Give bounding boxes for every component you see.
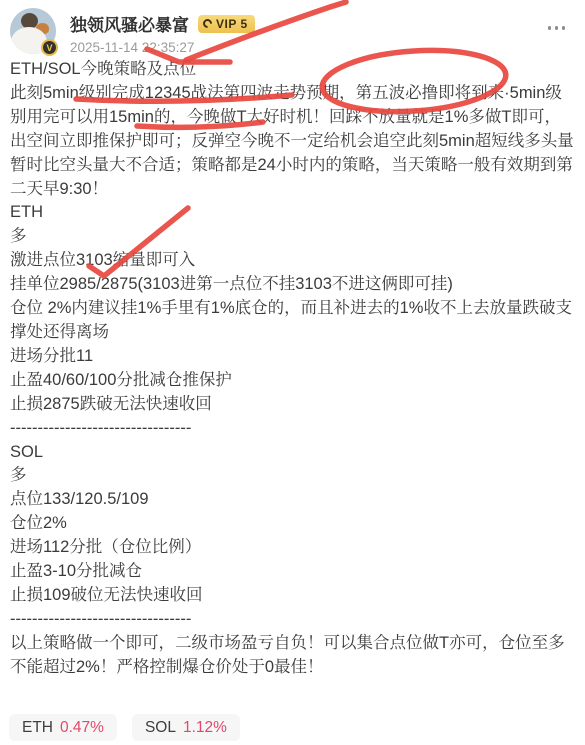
post-line: 进场分批11 <box>10 345 576 369</box>
vip-badge[interactable]: VIP 5 <box>198 15 255 33</box>
username[interactable]: 独领风骚必暴富 <box>70 11 189 36</box>
post-line: 点位133/120.5/109 <box>10 488 576 512</box>
post-line: 仓位2% <box>10 512 576 536</box>
post-line: 止盈3-10分批减仓 <box>10 560 576 584</box>
tag-change: 0.47% <box>60 719 104 737</box>
more-icon <box>562 26 566 30</box>
tag-eth[interactable]: ETH 0.47% <box>9 714 117 741</box>
post-line: 挂单位2985/2875(3103进第一点位不挂3103不进这俩即可挂) <box>10 273 576 297</box>
tag-change: 1.12% <box>183 719 227 737</box>
more-icon <box>555 26 559 30</box>
post-line: 多 <box>10 225 576 249</box>
timestamp: 2025-11-14 22:35:27 <box>70 40 255 55</box>
post-line: 此刻5min级别完成12345战法第四波走势预期，第五波必撸即将到来·5min级… <box>10 82 576 202</box>
post-line: 进场112分批（仓位比例） <box>10 536 576 560</box>
verified-badge-icon: V <box>41 39 58 56</box>
header-text: 独领风骚必暴富 VIP 5 2025-11-14 22:35:27 <box>70 8 255 55</box>
post-line: 以上策略做一个即可，二级市场盈亏自负！可以集合点位做T亦可，仓位至多不能超过2%… <box>10 632 576 680</box>
more-icon <box>548 26 552 30</box>
post-line: 多 <box>10 464 576 488</box>
tag-symbol: SOL <box>145 719 176 737</box>
more-options-button[interactable] <box>544 22 570 34</box>
coin-tags: ETH 0.47% SOL 1.12% <box>9 714 240 741</box>
post-line: 止盈40/60/100分批减仓推保护 <box>10 369 576 393</box>
post-line: 仓位 2%内建议挂1%手里有1%底仓的，而且补进去的1%收不上去放量跌破支撑处还… <box>10 297 576 345</box>
post-divider-dashes: --------------------------------- <box>10 608 576 632</box>
tag-sol[interactable]: SOL 1.12% <box>132 714 240 741</box>
post-line: 止损109破位无法快速收回 <box>10 584 576 608</box>
post-line-title: ETH/SOL今晚策略及点位 <box>10 58 576 82</box>
post-divider-dashes: --------------------------------- <box>10 417 576 441</box>
post-line: 激进点位3103缩量即可入 <box>10 249 576 273</box>
post-line: SOL <box>10 441 576 465</box>
post-line: ETH <box>10 201 576 225</box>
tag-symbol: ETH <box>22 719 53 737</box>
avatar[interactable]: V <box>10 8 56 54</box>
post-content: ETH/SOL今晚策略及点位 此刻5min级别完成12345战法第四波走势预期，… <box>0 58 585 680</box>
vip-label: VIP 5 <box>216 17 248 31</box>
post-line: 止损2875跌破无法快速收回 <box>10 393 576 417</box>
post-header: V 独领风骚必暴富 VIP 5 2025-11-14 22:35:27 <box>10 8 255 55</box>
vip-icon <box>201 17 214 30</box>
post-page: V 独领风骚必暴富 VIP 5 2025-11-14 22:35:27 ETH/… <box>0 0 585 745</box>
